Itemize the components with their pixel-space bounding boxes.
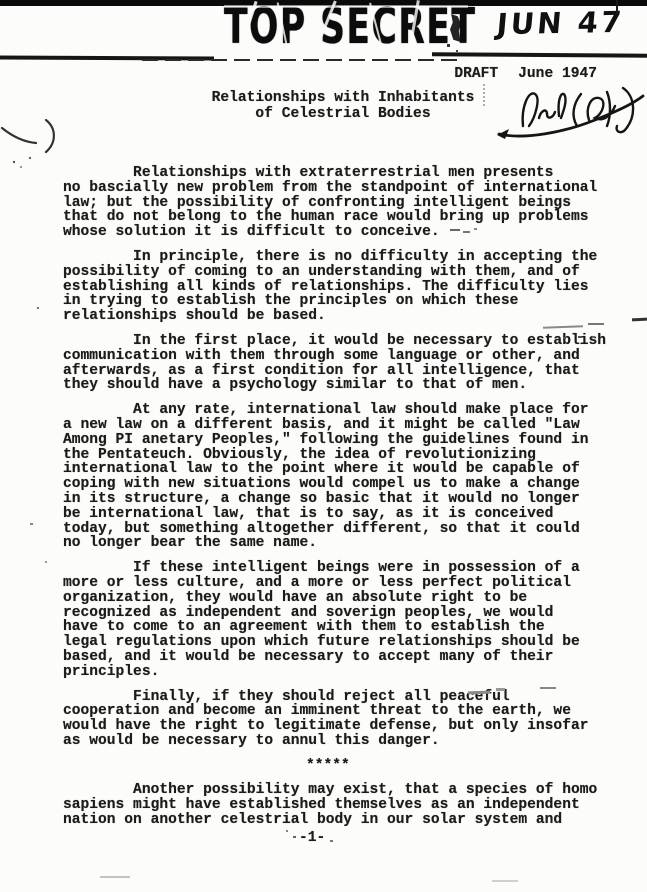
stamp-underline: [142, 59, 462, 61]
scan-speck: [592, 336, 595, 338]
scan-speck: [540, 687, 556, 689]
scan-speck: [45, 561, 47, 563]
scan-speck: [632, 318, 647, 322]
stamp-distress-streak: [224, 5, 468, 8]
scan-speck: [330, 840, 333, 842]
top-secret-stamp: TOP SECRET: [224, 4, 468, 52]
document-body: Relationships with extraterrestrial men …: [63, 166, 623, 838]
scanned-document-page: TOP SECRET JUN 47 DRAFT June 1947 Relati…: [0, 0, 647, 892]
scan-speck: [496, 688, 505, 691]
scan-speck: [100, 876, 130, 878]
scan-speck: [286, 830, 288, 832]
scan-speck: [616, 0, 618, 14]
paragraph: At any rate, international law should ma…: [63, 403, 623, 551]
scan-speck: [37, 307, 39, 309]
paragraph: In the first place, it would be necessar…: [63, 334, 623, 393]
scan-speck: [492, 880, 518, 882]
paragraph: In principle, there is no difficulty in …: [63, 250, 623, 324]
handwritten-file-annotation-icon: [495, 82, 647, 146]
paragraph: Relationships with extraterrestrial men …: [63, 166, 623, 240]
fold-mark: [483, 84, 485, 106]
draft-line: DRAFT June 1947: [454, 67, 597, 82]
paragraph: Another possibility may exist, that a sp…: [63, 783, 623, 827]
scan-speck: [563, 337, 566, 339]
draft-date: June 1947: [518, 67, 597, 82]
handwritten-margin-squiggle-icon: [0, 112, 70, 172]
handwritten-date: JUN 47: [495, 5, 625, 41]
top-secret-stamp-text: TOP SECRET: [224, 4, 476, 49]
scan-speck: [456, 50, 458, 52]
scan-speck: [30, 523, 33, 525]
draft-label: DRAFT: [454, 67, 498, 82]
scan-speck: [474, 228, 477, 230]
scan-speck: [293, 836, 296, 838]
stamp-underline: [432, 52, 647, 58]
paragraph: If these intelligent beings were in poss…: [63, 561, 623, 679]
scan-speck: [447, 44, 450, 47]
scan-speck: [450, 229, 460, 231]
scan-speck: [588, 323, 604, 325]
page-number: -1-: [299, 831, 325, 846]
section-separator: *****: [63, 759, 623, 774]
paragraph: Finally, if they should reject all peace…: [63, 690, 623, 749]
scan-speck: [463, 231, 470, 233]
scan-speck: [578, 336, 582, 338]
